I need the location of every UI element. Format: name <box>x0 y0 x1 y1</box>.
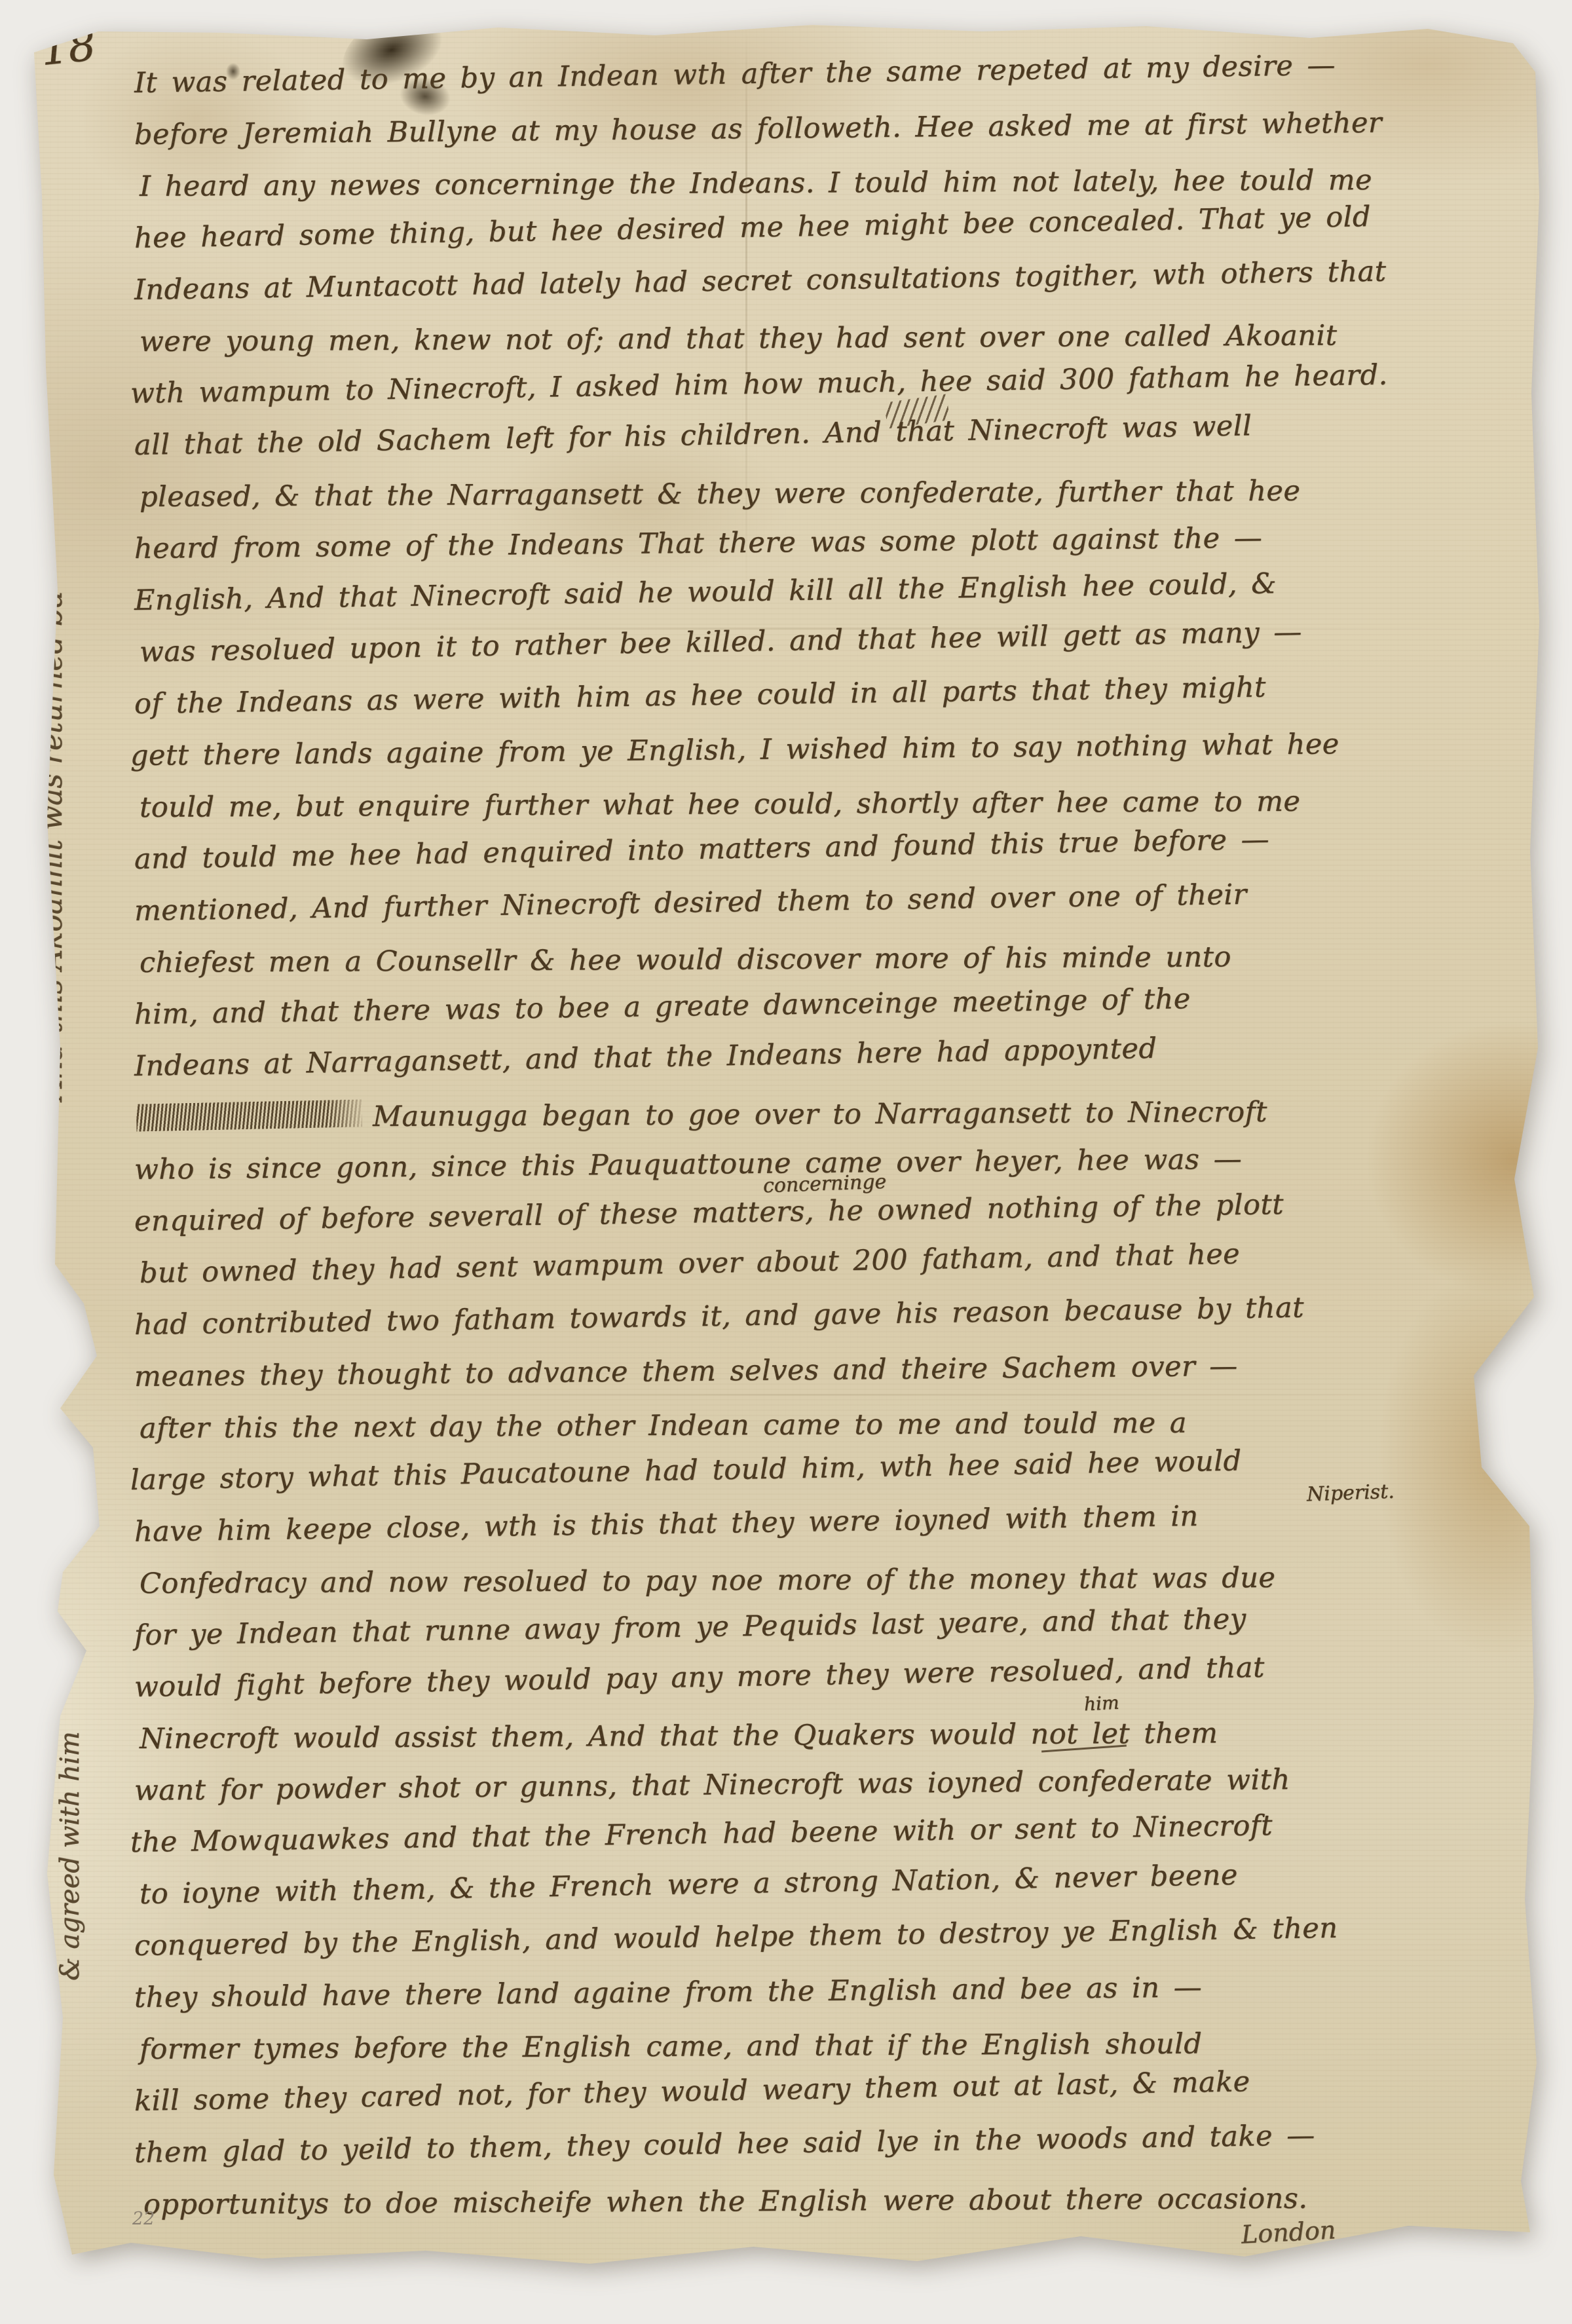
margin-note-vertical: And this Akoannit was returned ba <box>35 591 69 1100</box>
manuscript-text: It was related to me by an Indean wth af… <box>134 58 1543 2231</box>
scan-backing: 18 It was related to me by an Indean wth… <box>0 0 1572 2324</box>
manuscript-paper: 18 It was related to me by an Indean wth… <box>0 0 1572 2324</box>
margin-mark: 11 <box>5 356 47 396</box>
margin-note-vertical: & agreed with him <box>55 1731 85 1981</box>
interlinear-insertion: him <box>1083 1692 1119 1715</box>
interlinear-insertion: concerninge <box>762 1171 886 1198</box>
strikeout-scribble <box>136 1099 363 1131</box>
bottom-right-word: London <box>1241 2215 1336 2249</box>
paper-shadow-wrap: 18 It was related to me by an Indean wth… <box>0 0 1572 2324</box>
pencil-number: 22 <box>132 2209 155 2229</box>
page-number: 18 <box>38 20 98 75</box>
interlinear-insertion: Niperist. <box>1306 1480 1394 1507</box>
